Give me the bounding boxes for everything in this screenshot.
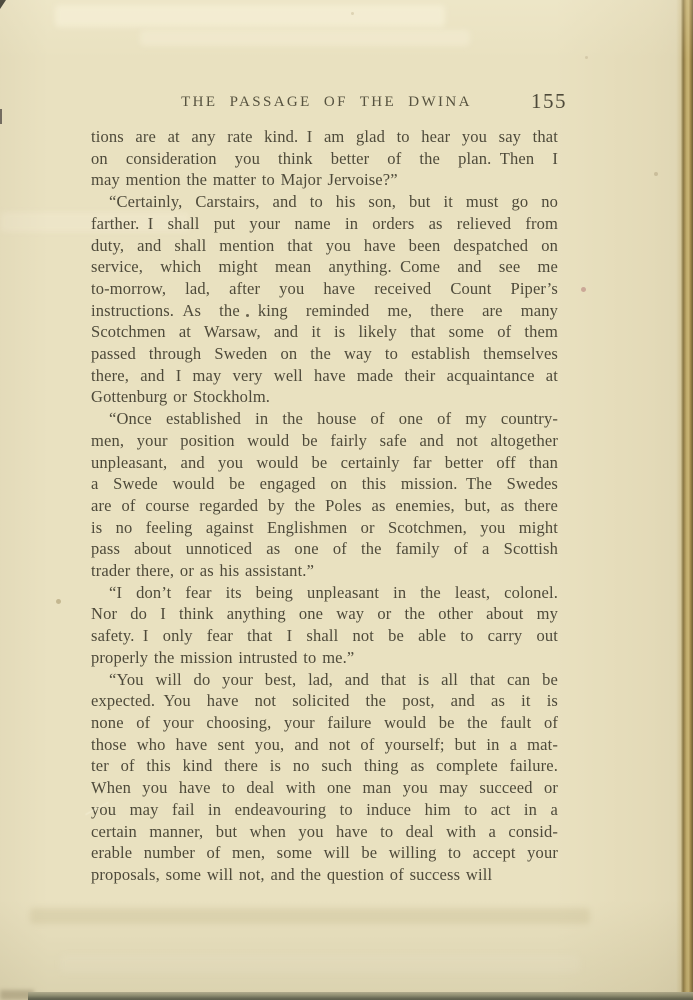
text-line: safety. I only fear that I shall not be …: [91, 625, 558, 647]
running-header: THE PASSAGE OF THE DWINA 155: [91, 91, 562, 115]
text-line: passed through Sweden on the way to esta…: [91, 343, 558, 365]
text-line: Scotchmen at Warsaw, and it is likely th…: [91, 321, 558, 343]
text-line: there, and I may very well have made the…: [91, 365, 558, 387]
scan-shadow-streak: [30, 908, 590, 924]
text-line: on consideration you think better of the…: [91, 148, 558, 170]
paragraph: “Certainly, Carstairs, and to his son, b…: [91, 191, 558, 408]
text-line: pass about unnoticed as one of the famil…: [91, 538, 558, 560]
text-line: to-morrow, lad, after you have received …: [91, 278, 558, 300]
text-line: none of your choosing, your failure woul…: [91, 712, 558, 734]
text-line: Gottenburg or Stockholm.: [91, 386, 558, 408]
text-line: “I don’t fear its being unpleasant in th…: [91, 582, 558, 604]
text-line: is no feeling against Englishmen or Scot…: [91, 517, 558, 539]
paper-speck: [654, 172, 658, 176]
scan-corner-mark: [0, 0, 6, 9]
text-line: trader there, or as his assistant.”: [91, 560, 558, 582]
text-line: “You will do your best, lad, and that is…: [91, 669, 558, 691]
text-line: Nor do I think anything one way or the o…: [91, 603, 558, 625]
scan-light-streak: [60, 955, 580, 973]
paper-speck: [56, 599, 61, 604]
text-line: those who have sent you, and not of your…: [91, 734, 558, 756]
text-line: you may fail in endeavouring to induce h…: [91, 799, 558, 821]
paper-speck: [581, 287, 586, 292]
text-line: unpleasant, and you would be certainly f…: [91, 452, 558, 474]
text-line: proposals, some will not, and the questi…: [91, 864, 558, 886]
running-header-title: THE PASSAGE OF THE DWINA: [91, 94, 562, 111]
paragraph: “I don’t fear its being unpleasant in th…: [91, 582, 558, 669]
scan-edge-sliver: [0, 109, 2, 124]
text-line: service, which might mean anything. Come…: [91, 256, 558, 278]
text-line: men, your position would be fairly safe …: [91, 430, 558, 452]
text-line: properly the mission intrusted to me.”: [91, 647, 558, 669]
text-line: When you have to deal with one man you m…: [91, 777, 558, 799]
text-line: are of course regarded by the Poles as e…: [91, 495, 558, 517]
text-line: duty, and shall mention that you have be…: [91, 235, 558, 257]
paragraph: tions are at any rate kind. I am glad to…: [91, 126, 558, 191]
page-number: 155: [531, 89, 567, 114]
text-line: “Once established in the house of one of…: [91, 408, 558, 430]
scanned-book-page: THE PASSAGE OF THE DWINA 155 tions are a…: [0, 0, 693, 1000]
text-line: a Swede would be engaged on this mission…: [91, 473, 558, 495]
text-line: ter of this kind there is no such thing …: [91, 755, 558, 777]
text-line: instructions. As the king reminded me, t…: [91, 300, 558, 322]
text-line: farther. I shall put your name in orders…: [91, 213, 558, 235]
scan-light-streak: [55, 5, 445, 27]
text-line: erable number of men, some will be willi…: [91, 842, 558, 864]
paper-speck: [585, 56, 588, 59]
scan-light-streak: [140, 30, 470, 46]
page-text: tions are at any rate kind. I am glad to…: [91, 126, 558, 886]
paragraph: “Once established in the house of one of…: [91, 408, 558, 582]
text-line: “Certainly, Carstairs, and to his son, b…: [91, 191, 558, 213]
text-line: certain manner, but when you have to dea…: [91, 821, 558, 843]
book-fore-edge-stripes: [676, 0, 693, 1000]
paper-speck: [351, 12, 354, 15]
scanner-bed-strip: [28, 992, 693, 1000]
text-line: may mention the matter to Major Jervoise…: [91, 169, 558, 191]
text-line: expected. You have not solicited the pos…: [91, 690, 558, 712]
text-line: tions are at any rate kind. I am glad to…: [91, 126, 558, 148]
paragraph: “You will do your best, lad, and that is…: [91, 669, 558, 886]
